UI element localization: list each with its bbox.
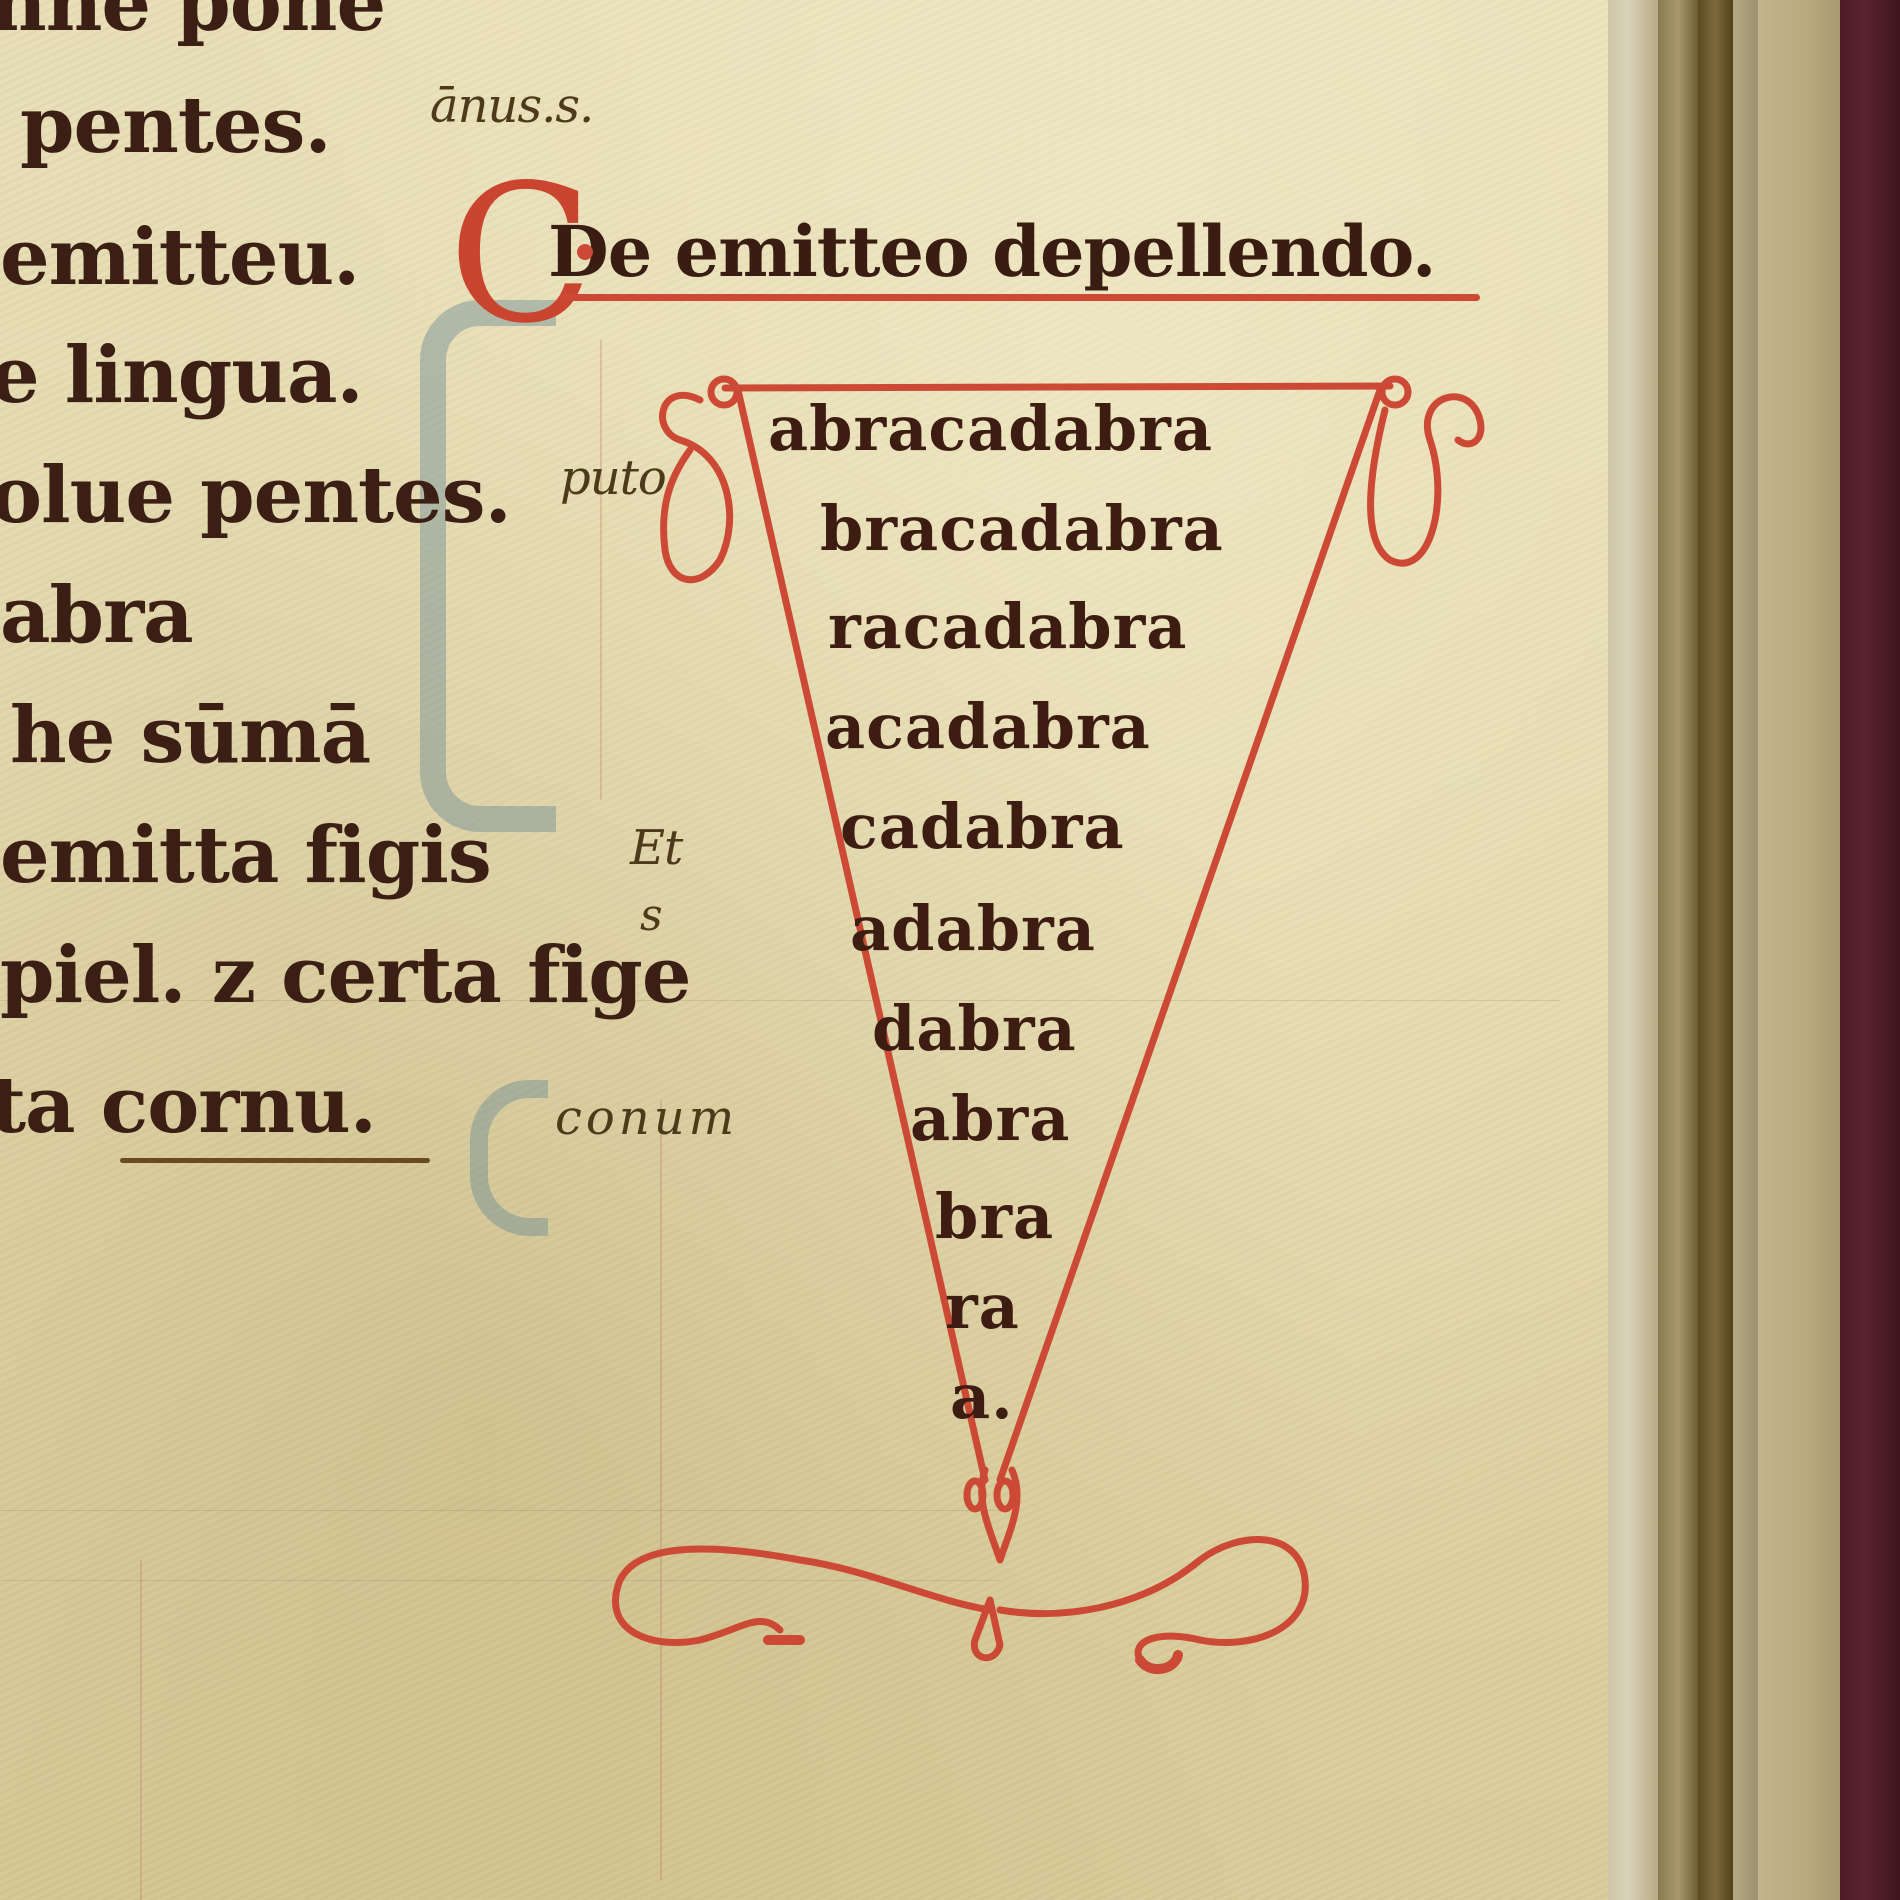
- abracadabra-line-4: ACADABRA: [825, 690, 1151, 763]
- abracadabra-line-2: BRACADABRA: [820, 492, 1224, 565]
- abracadabra-line-10: RA: [945, 1270, 1020, 1343]
- book-cover: [1840, 0, 1900, 1900]
- abracadabra-line-3: RACADABRA: [828, 590, 1187, 663]
- abracadabra-line-5: CADABRA: [840, 790, 1125, 863]
- triangle-frame-icon: [0, 0, 1608, 1900]
- page-edge: [1698, 0, 1733, 1900]
- manuscript-page: nne pone pentes. emitteu. e lingua. olue…: [0, 0, 1608, 1900]
- abracadabra-line-11: A.: [950, 1360, 1014, 1433]
- abracadabra-line-9: BRA: [935, 1180, 1054, 1253]
- page-edge: [1608, 0, 1658, 1900]
- page-edge: [1733, 0, 1758, 1900]
- abracadabra-line-6: ADABRA: [850, 892, 1096, 965]
- page-edge: [1758, 0, 1840, 1900]
- abracadabra-line-1: ABRACADABRA: [768, 392, 1213, 465]
- abracadabra-line-7: DABRA: [872, 992, 1077, 1065]
- page-edge: [1658, 0, 1698, 1900]
- abracadabra-line-8: ABRA: [910, 1082, 1070, 1155]
